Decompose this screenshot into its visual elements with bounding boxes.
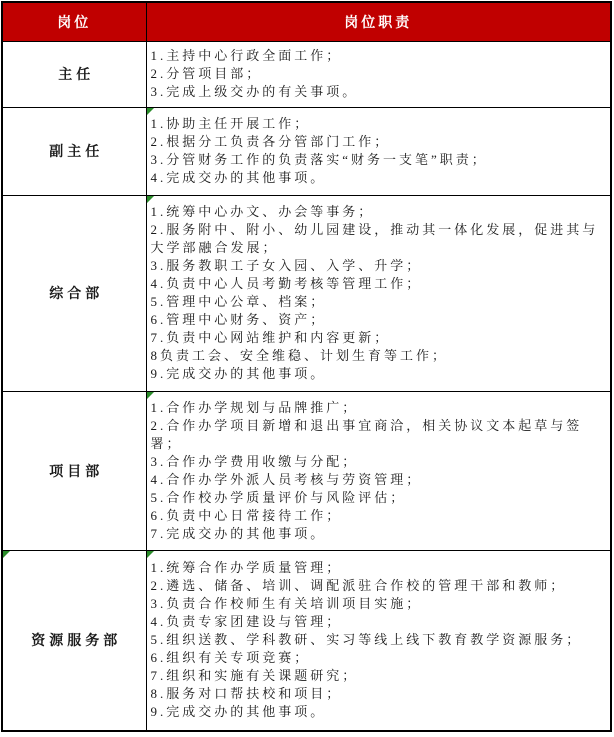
- error-indicator-icon: [147, 196, 154, 203]
- table-row: 资源服务部1.统筹合作办学质量管理；2.遴选、储备、培训、调配派驻合作校的管理干…: [2, 550, 611, 731]
- duty-line: 5.管理中心公章、档案；: [151, 293, 609, 311]
- duty-line: 4.负责中心人员考勤考核等管理工作；: [151, 275, 609, 293]
- position-cell[interactable]: 主任: [2, 41, 146, 107]
- duty-line: 5.合作校办学质量评价与风险评估；: [151, 489, 609, 507]
- duty-line: 2.遴选、储备、培训、调配派驻合作校的管理干部和教师；: [151, 577, 609, 595]
- duty-line: 8.服务对口帮扶校和项目；: [151, 685, 609, 703]
- table-row: 主任1.主持中心行政全面工作；2.分管项目部；3.完成上级交办的有关事项。: [2, 41, 611, 107]
- duty-line: 4.完成交办的其他事项。: [151, 169, 609, 187]
- duty-line: 1.合作办学规划与品牌推广；: [151, 399, 609, 417]
- duty-line: 4.负责专家团建设与管理；: [151, 613, 609, 631]
- duty-line: 4.合作办学外派人员考核与劳资管理；: [151, 471, 609, 489]
- header-cell-position[interactable]: 岗位: [2, 2, 146, 41]
- duties-cell[interactable]: 1.协助主任开展工作；2.根据分工负责各分管部门工作；3.分管财务工作的负责落实…: [146, 107, 611, 195]
- duty-line: 2.分管项目部；: [151, 65, 609, 83]
- duty-line: 7.完成交办的其他事项。: [151, 525, 609, 543]
- duty-line: 2.根据分工负责各分管部门工作；: [151, 133, 609, 151]
- duty-line: 1.主持中心行政全面工作；: [151, 47, 609, 65]
- header-cell-duties[interactable]: 岗位职责: [146, 2, 611, 41]
- position-label: 主任: [58, 68, 94, 83]
- duty-line: 2.合作办学项目新增和退出事宜商洽，相关协议文本起草与签署；: [151, 417, 609, 453]
- error-indicator-icon: [147, 108, 154, 115]
- duty-line: 1.统筹合作办学质量管理；: [151, 559, 609, 577]
- position-label: 副主任: [49, 145, 103, 160]
- duty-line: 5.组织送教、学科教研、实习等线上线下教育教学资源服务；: [151, 631, 609, 649]
- duty-line: 7.组织和实施有关课题研究；: [151, 667, 609, 685]
- duty-line: 9.完成交办的其他事项。: [151, 703, 609, 721]
- duty-line: 3.服务教职工子女入园、入学、升学；: [151, 257, 609, 275]
- duty-line: 3.负责合作校师生有关培训项目实施；: [151, 595, 609, 613]
- duty-line: 2.服务附中、附小、幼儿园建设，推动其一体化发展，促进其与大学部融合发展；: [151, 221, 609, 257]
- error-indicator-icon: [147, 551, 154, 558]
- duty-line: 9.完成交办的其他事项。: [151, 365, 609, 383]
- position-cell[interactable]: 副主任: [2, 107, 146, 195]
- position-cell[interactable]: 项目部: [2, 391, 146, 550]
- position-label: 综合部: [49, 287, 103, 302]
- duties-cell[interactable]: 1.统筹中心办文、办会等事务；2.服务附中、附小、幼儿园建设，推动其一体化发展，…: [146, 195, 611, 391]
- duty-line: 7.负责中心网站维护和内容更新；: [151, 329, 609, 347]
- position-label: 项目部: [49, 465, 103, 480]
- duty-line: 6.负责中心日常接待工作；: [151, 507, 609, 525]
- error-indicator-icon: [3, 551, 10, 558]
- worksheet: 岗位 岗位职责 主任1.主持中心行政全面工作；2.分管项目部；3.完成上级交办的…: [0, 0, 614, 737]
- duties-cell[interactable]: 1.合作办学规划与品牌推广；2.合作办学项目新增和退出事宜商洽，相关协议文本起草…: [146, 391, 611, 550]
- header-row: 岗位 岗位职责: [2, 2, 611, 41]
- position-cell[interactable]: 综合部: [2, 195, 146, 391]
- duty-line: 3.完成上级交办的有关事项。: [151, 83, 609, 101]
- duty-line: 3.分管财务工作的负责落实“财务一支笔”职责；: [151, 151, 609, 169]
- duty-line: 6.管理中心财务、资产；: [151, 311, 609, 329]
- table-row: 项目部1.合作办学规划与品牌推广；2.合作办学项目新增和退出事宜商洽，相关协议文…: [2, 391, 611, 550]
- duty-line: 1.协助主任开展工作；: [151, 115, 609, 133]
- table-body: 主任1.主持中心行政全面工作；2.分管项目部；3.完成上级交办的有关事项。副主任…: [2, 41, 611, 731]
- duty-line: 6.组织有关专项竞赛；: [151, 649, 609, 667]
- duty-line: 1.统筹中心办文、办会等事务；: [151, 203, 609, 221]
- position-label: 资源服务部: [31, 634, 121, 649]
- error-indicator-icon: [147, 392, 154, 399]
- duties-table: 岗位 岗位职责 主任1.主持中心行政全面工作；2.分管项目部；3.完成上级交办的…: [1, 1, 612, 732]
- duty-line: 3.合作办学费用收缴与分配；: [151, 453, 609, 471]
- table-row: 副主任1.协助主任开展工作；2.根据分工负责各分管部门工作；3.分管财务工作的负…: [2, 107, 611, 195]
- duties-cell[interactable]: 1.统筹合作办学质量管理；2.遴选、储备、培训、调配派驻合作校的管理干部和教师；…: [146, 550, 611, 731]
- position-cell[interactable]: 资源服务部: [2, 550, 146, 731]
- duties-cell[interactable]: 1.主持中心行政全面工作；2.分管项目部；3.完成上级交办的有关事项。: [146, 41, 611, 107]
- table-row: 综合部1.统筹中心办文、办会等事务；2.服务附中、附小、幼儿园建设，推动其一体化…: [2, 195, 611, 391]
- duty-line: 8负责工会、安全维稳、计划生育等工作；: [151, 347, 609, 365]
